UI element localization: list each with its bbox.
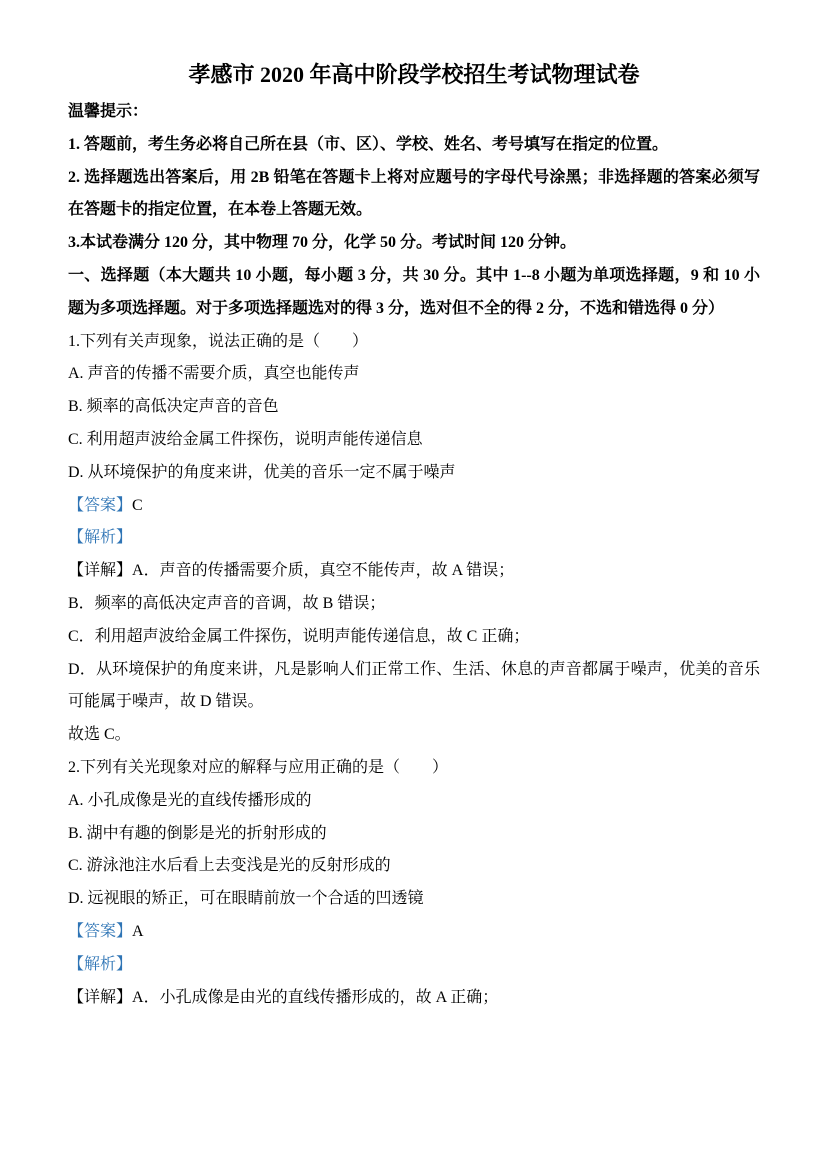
question-2-stem: 2.下列有关光现象对应的解释与应用正确的是（ ） [68, 752, 760, 785]
detail-text: A．声音的传播需要介质，真空不能传声，故 A 错误； [132, 562, 514, 579]
analysis-label: 【解析】 [68, 956, 132, 973]
page-title: 孝感市 2020 年高中阶段学校招生考试物理试卷 [68, 56, 760, 94]
document-page: 孝感市 2020 年高中阶段学校招生考试物理试卷 温馨提示： 1. 答题前，考生… [0, 0, 827, 1169]
detail-text: A．小孔成像是由光的直线传播形成的，故 A 正确； [132, 989, 498, 1006]
answer-label: 【答案】 [68, 923, 132, 940]
question-1-answer-line: 【答案】C [68, 490, 760, 523]
question-1-detail-line-1: 【详解】A．声音的传播需要介质，真空不能传声，故 A 错误； [68, 555, 760, 588]
question-1-stem: 1.下列有关声现象，说法正确的是（ ） [68, 326, 760, 359]
notice-item-1: 1. 答题前，考生务必将自己所在县（市、区）、学校、姓名、考号填写在指定的位置。 [68, 129, 760, 162]
question-2-answer-line: 【答案】A [68, 916, 760, 949]
question-1-option-a: A. 声音的传播不需要介质，真空也能传声 [68, 358, 760, 391]
notice-item-3: 3.本试卷满分 120 分，其中物理 70 分，化学 50 分。考试时间 120… [68, 227, 760, 260]
question-1-analysis-line: 【解析】 [68, 522, 760, 555]
question-2-option-b: B. 湖中有趣的倒影是光的折射形成的 [68, 818, 760, 851]
answer-value: A [132, 923, 144, 940]
answer-value: C [132, 497, 143, 514]
answer-label: 【答案】 [68, 497, 132, 514]
question-2-option-c: C. 游泳池注水后看上去变浅是光的反射形成的 [68, 850, 760, 883]
notice-heading: 温馨提示： [68, 96, 760, 129]
question-2-option-a: A. 小孔成像是光的直线传播形成的 [68, 785, 760, 818]
detail-label: 【详解】 [68, 989, 132, 1006]
notice-item-2: 2. 选择题选出答案后，用 2B 铅笔在答题卡上将对应题号的字母代号涂黑；非选择… [68, 162, 760, 228]
question-2-detail-line-1: 【详解】A．小孔成像是由光的直线传播形成的，故 A 正确； [68, 982, 760, 1015]
question-1-detail-line-2: B．频率的高低决定声音的音调，故 B 错误； [68, 588, 760, 621]
question-1-detail-conclusion: 故选 C。 [68, 719, 760, 752]
section-heading: 一、选择题（本大题共 10 小题，每小题 3 分，共 30 分。其中 1--8 … [68, 260, 760, 326]
question-1-option-b: B. 频率的高低决定声音的音色 [68, 391, 760, 424]
question-block-1: 1.下列有关声现象，说法正确的是（ ） A. 声音的传播不需要介质，真空也能传声… [68, 326, 760, 752]
question-2-analysis-line: 【解析】 [68, 949, 760, 982]
analysis-label: 【解析】 [68, 529, 132, 546]
question-2-option-d: D. 远视眼的矫正，可在眼睛前放一个合适的凹透镜 [68, 883, 760, 916]
question-1-detail-line-4: D．从环境保护的角度来讲，凡是影响人们正常工作、生活、休息的声音都属于噪声，优美… [68, 654, 760, 720]
question-1-option-c: C. 利用超声波给金属工件探伤，说明声能传递信息 [68, 424, 760, 457]
question-block-2: 2.下列有关光现象对应的解释与应用正确的是（ ） A. 小孔成像是光的直线传播形… [68, 752, 760, 1014]
detail-label: 【详解】 [68, 562, 132, 579]
question-1-detail-line-3: C．利用超声波给金属工件探伤，说明声能传递信息，故 C 正确； [68, 621, 760, 654]
question-1-option-d: D. 从环境保护的角度来讲，优美的音乐一定不属于噪声 [68, 457, 760, 490]
